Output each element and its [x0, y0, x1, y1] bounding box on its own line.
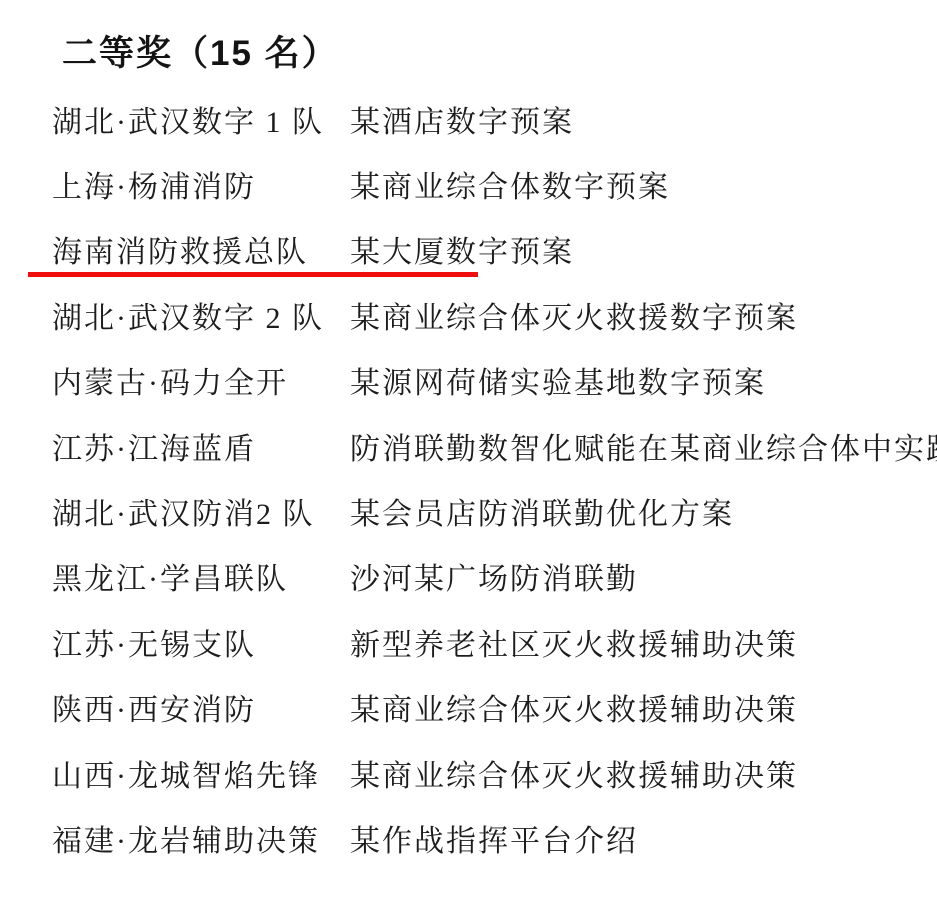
project-name: 新型养老社区灭火救援辅助决策 [350, 620, 927, 664]
team-name: 江苏·江海蓝盾 [52, 424, 350, 468]
team-name: 黑龙江·学昌联队 [52, 554, 350, 598]
team-name: 湖北·武汉数字 1 队 [52, 97, 350, 141]
award-row: 上海·杨浦消防 某商业综合体数字预案 [52, 151, 927, 216]
project-name: 某源网荷储实验基地数字预案 [350, 358, 927, 402]
award-document: 二等奖（15 名） 湖北·武汉数字 1 队 某酒店数字预案 上海·杨浦消防 某商… [0, 0, 937, 900]
team-name: 江苏·无锡支队 [52, 620, 350, 664]
project-name: 某商业综合体灭火救援数字预案 [350, 293, 927, 337]
project-name: 防消联勤数智化赋能在某商业综合体中实践 [350, 424, 937, 468]
team-name: 海南消防救援总队 [52, 227, 350, 271]
page-title: 二等奖（15 名） [62, 26, 339, 76]
award-row: 山西·龙城智焰先锋 某商业综合体灭火救援辅助决策 [52, 740, 927, 805]
award-row: 湖北·武汉防消2 队 某会员店防消联勤优化方案 [52, 478, 927, 543]
team-name: 内蒙古·码力全开 [52, 358, 350, 402]
award-row: 江苏·江海蓝盾 防消联勤数智化赋能在某商业综合体中实践 [52, 413, 927, 478]
project-name: 某酒店数字预案 [350, 97, 927, 141]
award-row: 陕西·西安消防 某商业综合体灭火救援辅助决策 [52, 675, 927, 740]
highlight-underline [28, 272, 478, 277]
project-name: 某作战指挥平台介绍 [350, 816, 927, 860]
project-name: 某会员店防消联勤优化方案 [350, 489, 927, 533]
project-name: 沙河某广场防消联勤 [350, 554, 927, 598]
team-name: 山西·龙城智焰先锋 [52, 751, 350, 795]
award-row: 江苏·无锡支队 新型养老社区灭火救援辅助决策 [52, 609, 927, 674]
team-name: 湖北·武汉防消2 队 [52, 489, 350, 533]
project-name: 某大厦数字预案 [350, 227, 927, 271]
team-name: 上海·杨浦消防 [52, 162, 350, 206]
team-name: 福建·龙岩辅助决策 [52, 816, 350, 860]
project-name: 某商业综合体数字预案 [350, 162, 927, 206]
award-list: 湖北·武汉数字 1 队 某酒店数字预案 上海·杨浦消防 某商业综合体数字预案 海… [52, 86, 927, 871]
award-row: 内蒙古·码力全开 某源网荷储实验基地数字预案 [52, 348, 927, 413]
team-name: 陕西·西安消防 [52, 685, 350, 729]
award-row: 黑龙江·学昌联队 沙河某广场防消联勤 [52, 544, 927, 609]
project-name: 某商业综合体灭火救援辅助决策 [350, 685, 927, 729]
project-name: 某商业综合体灭火救援辅助决策 [350, 751, 927, 795]
team-name: 湖北·武汉数字 2 队 [52, 293, 350, 337]
award-row: 湖北·武汉数字 2 队 某商业综合体灭火救援数字预案 [52, 282, 927, 347]
award-row: 福建·龙岩辅助决策 某作战指挥平台介绍 [52, 805, 927, 870]
award-row: 湖北·武汉数字 1 队 某酒店数字预案 [52, 86, 927, 151]
